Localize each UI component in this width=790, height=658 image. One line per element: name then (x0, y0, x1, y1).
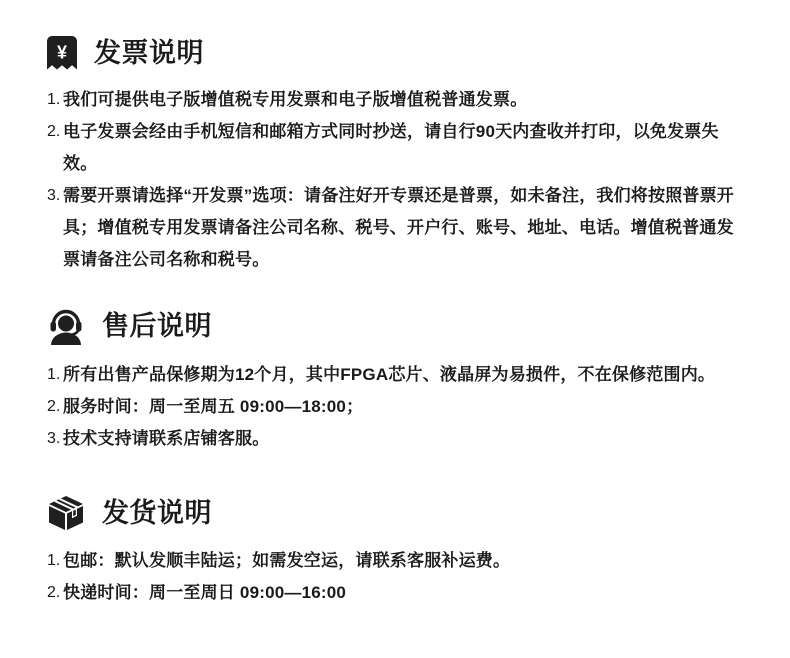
list-item-text: 我们可提供电子版增值税专用发票和电子版增值税普通发票。 (63, 84, 748, 116)
list-item-number: 3. (47, 423, 63, 455)
invoice-notes-list: 1. 我们可提供电子版增值税专用发票和电子版增值税普通发票。 2. 电子发票会经… (47, 84, 748, 276)
aftersales-notes-section: 售后说明 1. 所有出售产品保修期为12个月，其中FPGA芯片、液晶屏为易损件，… (47, 307, 748, 455)
list-item-text: 所有出售产品保修期为12个月，其中FPGA芯片、液晶屏为易损件，不在保修范围内。 (63, 359, 748, 391)
customer-service-headset-icon (47, 307, 85, 345)
list-item-text: 包邮：默认发顺丰陆运；如需发空运，请联系客服补运费。 (63, 545, 748, 577)
section-title: 发票说明 (94, 37, 204, 69)
list-item: 1. 包邮：默认发顺丰陆运；如需发空运，请联系客服补运费。 (47, 545, 748, 577)
list-item-number: 1. (47, 359, 63, 391)
product-notes-page: ¥ 发票说明 1. 我们可提供电子版增值税专用发票和电子版增值税普通发票。 2.… (0, 0, 790, 609)
list-item-number: 2. (47, 391, 63, 423)
list-item: 3. 技术支持请联系店铺客服。 (47, 423, 748, 455)
invoice-section-header: ¥ 发票说明 (47, 36, 748, 70)
list-item-number: 3. (47, 180, 63, 276)
list-item-text: 服务时间：周一至周五 09:00—18:00； (63, 391, 748, 423)
section-title: 售后说明 (102, 310, 212, 342)
list-item: 3. 需要开票请选择“开发票”选项：请备注好开专票还是普票，如未备注，我们将按照… (47, 180, 748, 276)
shipping-notes-section: 发货说明 1. 包邮：默认发顺丰陆运；如需发空运，请联系客服补运费。 2. 快递… (47, 495, 748, 609)
aftersales-notes-list: 1. 所有出售产品保修期为12个月，其中FPGA芯片、液晶屏为易损件，不在保修范… (47, 359, 748, 455)
list-item: 2. 电子发票会经由手机短信和邮箱方式同时抄送，请自行90天内查收并打印，以免发… (47, 116, 748, 180)
list-item-text: 需要开票请选择“开发票”选项：请备注好开专票还是普票，如未备注，我们将按照普票开… (63, 180, 748, 276)
list-item-text: 技术支持请联系店铺客服。 (63, 423, 748, 455)
aftersales-section-header: 售后说明 (47, 307, 748, 345)
shipping-notes-list: 1. 包邮：默认发顺丰陆运；如需发空运，请联系客服补运费。 2. 快递时间：周一… (47, 545, 748, 609)
yuan-symbol: ¥ (57, 43, 67, 63)
shipping-section-header: 发货说明 (47, 495, 748, 531)
list-item: 2. 快递时间：周一至周日 09:00—16:00 (47, 577, 748, 609)
list-item-number: 1. (47, 84, 63, 116)
list-item-number: 2. (47, 577, 63, 609)
list-item: 2. 服务时间：周一至周五 09:00—18:00； (47, 391, 748, 423)
package-box-icon (47, 495, 85, 531)
list-item-text: 快递时间：周一至周日 09:00—16:00 (63, 577, 748, 609)
section-title: 发货说明 (102, 497, 212, 529)
list-item-number: 1. (47, 545, 63, 577)
list-item-text: 电子发票会经由手机短信和邮箱方式同时抄送，请自行90天内查收并打印，以免发票失效… (63, 116, 748, 180)
list-item-number: 2. (47, 116, 63, 180)
list-item: 1. 我们可提供电子版增值税专用发票和电子版增值税普通发票。 (47, 84, 748, 116)
invoice-notes-section: ¥ 发票说明 1. 我们可提供电子版增值税专用发票和电子版增值税普通发票。 2.… (47, 36, 748, 276)
list-item: 1. 所有出售产品保修期为12个月，其中FPGA芯片、液晶屏为易损件，不在保修范… (47, 359, 748, 391)
receipt-yuan-icon: ¥ (47, 36, 77, 70)
